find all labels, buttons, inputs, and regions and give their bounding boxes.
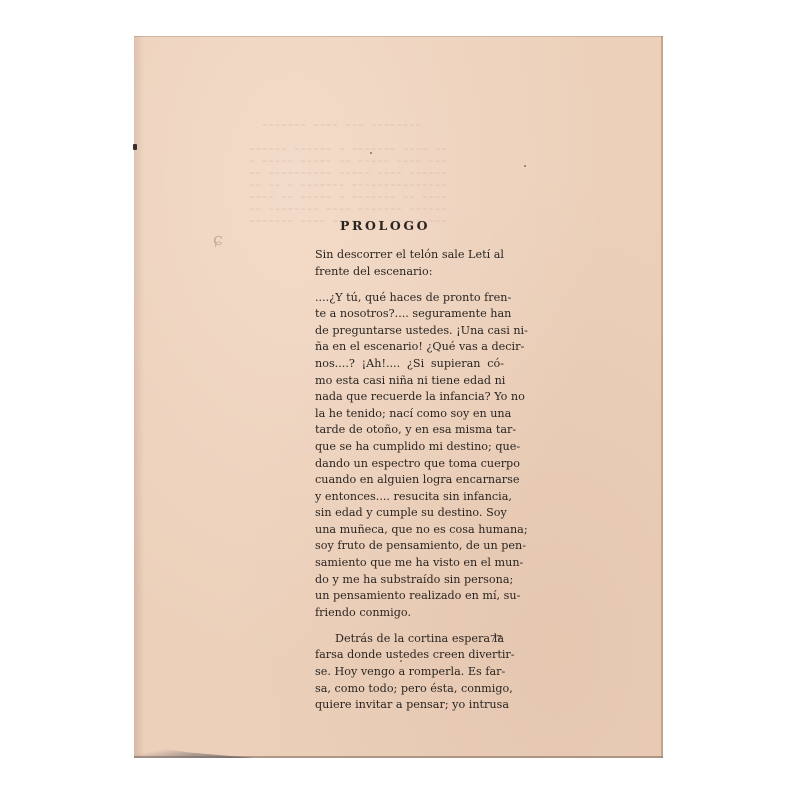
paragraph-monologue: ....¿Y tú, qué haces de pronto fren- te … xyxy=(315,290,504,622)
text-line: Detrás de la cortina espera la xyxy=(315,631,504,648)
text-line: ....¿Y tú, qué haces de pronto fren- xyxy=(315,290,504,307)
text-line: nada que recuerde la infancia? Yo no xyxy=(315,389,504,406)
text-line: te a nosotros?.... seguramente han xyxy=(315,306,504,323)
text-line: farsa donde ustedes creen divertir- xyxy=(315,647,504,664)
text-line: y entonces.... resucita sin infancia, xyxy=(315,489,504,506)
text-line: cuando en alguien logra encarnarse xyxy=(315,472,504,489)
page-number: 77 xyxy=(490,634,502,645)
text-line: quiere invitar a pensar; yo intrusa xyxy=(315,697,504,714)
text-line: tarde de otoño, y en esa misma tar- xyxy=(315,422,504,439)
page-fold-shadow xyxy=(134,744,254,758)
text-line: soy fruto de pensamiento, de un pen- xyxy=(315,538,504,555)
show-through-text: ~~~~~~~ ~~~~ ~~~ ~~~~~~~~ ~~~~~~ ~~~~~~ … xyxy=(230,120,440,228)
text-line: de preguntarse ustedes. ¡Una casi ni- xyxy=(315,323,504,340)
text-line: que se ha cumplido mi destino; que- xyxy=(315,439,504,456)
text-line: se. Hoy vengo a romperla. Es far- xyxy=(315,664,504,681)
text-line: frente del escenario: xyxy=(315,264,504,281)
body-text: Sin descorrer el telón sale Letí al fren… xyxy=(315,216,504,714)
text-line: do y me ha substraído sin persona; xyxy=(315,572,504,589)
paper-speck xyxy=(524,165,526,167)
pencil-mark: ɕ xyxy=(213,229,223,250)
text-line: samiento que me ha visto en el mun- xyxy=(315,555,504,572)
scan-stage: ~~~~~~~ ~~~~ ~~~ ~~~~~~~~ ~~~~~~ ~~~~~~ … xyxy=(0,0,800,800)
binding-mark xyxy=(133,144,137,150)
text-line: dando un espectro que toma cuerpo xyxy=(315,456,504,473)
text-line: ña en el escenario! ¿Qué vas a decir- xyxy=(315,339,504,356)
text-line: Sin descorrer el telón sale Letí al xyxy=(315,247,504,264)
text-line: un pensamiento realizado en mí, su- xyxy=(315,588,504,605)
text-line: una muñeca, que no es cosa humana; xyxy=(315,522,504,539)
paper-speck xyxy=(370,152,372,154)
text-line: sa, como todo; pero ésta, conmigo, xyxy=(315,681,504,698)
text-line: mo esta casi niña ni tiene edad ni xyxy=(315,373,504,390)
text-line: sin edad y cumple su destino. Soy xyxy=(315,505,504,522)
text-line: la he tenido; nací como soy en una xyxy=(315,406,504,423)
text-line: nos....? ¡Ah!.... ¿Si supieran có- xyxy=(315,356,504,373)
paragraph-stage-direction: Sin descorrer el telón sale Letí al fren… xyxy=(315,247,504,280)
paragraph-farce: Detrás de la cortina espera la farsa don… xyxy=(315,631,504,714)
text-line: friendo conmigo. xyxy=(315,605,504,622)
